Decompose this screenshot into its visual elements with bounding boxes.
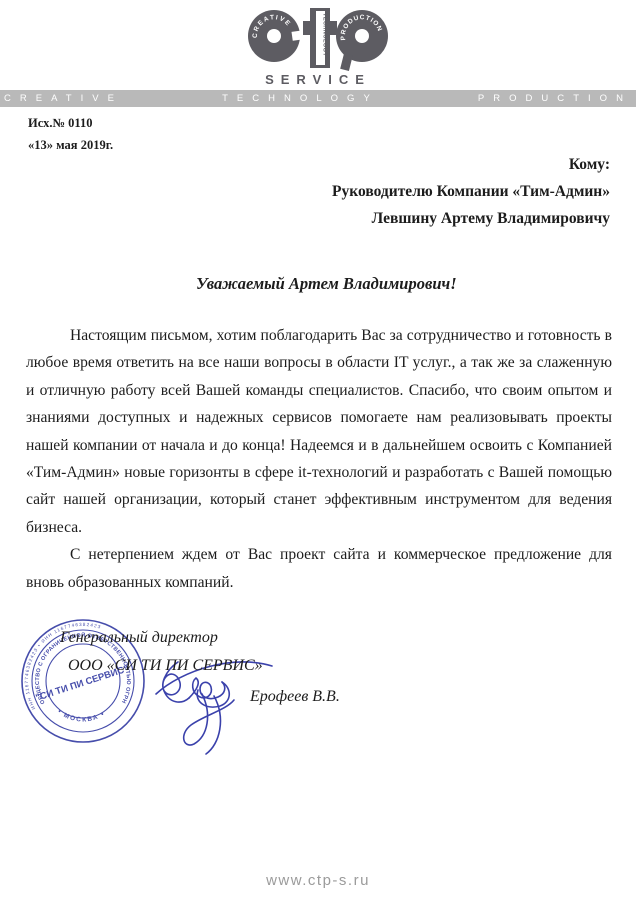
letterhead-banner: CREATIVE TECHNOLOGY PRODUCTION — [0, 90, 636, 107]
signatory-name: Ерофеев В.В. — [250, 688, 340, 706]
letter-body: Настоящим письмом, хотим поблагодарить В… — [26, 322, 612, 596]
signatory-company: ООО «СИ ТИ ПИ СЕРВИС» — [68, 657, 263, 675]
svg-text:• МОСКВА •: • МОСКВА • — [56, 708, 107, 723]
ctp-service-logo: CREATIVE TECHNOLOGY PRODUCTION SERVICE — [248, 6, 388, 88]
banner-word-creative: CREATIVE — [4, 93, 123, 104]
signatory-title: Генеральный директор — [60, 629, 218, 647]
footer-website-url: www.ctp-s.ru — [0, 872, 636, 889]
body-paragraph-1: Настоящим письмом, хотим поблагодарить В… — [26, 322, 612, 541]
stamp-city-text: • МОСКВА • — [56, 708, 107, 723]
logo-letter-p: PRODUCTION — [336, 10, 388, 71]
recipient-name: Левшину Артему Владимировичу — [332, 205, 610, 232]
recipient-to-label: Кому: — [332, 151, 610, 178]
logo-letter-t: TECHNOLOGY — [303, 8, 337, 68]
recipient-position: Руководителю Компании «Тим-Админ» — [332, 178, 610, 205]
logo-service-text: SERVICE — [265, 72, 371, 87]
banner-word-technology: TECHNOLOGY — [222, 93, 379, 104]
logo-word-technology: TECHNOLOGY — [322, 13, 328, 56]
logo-letter-c: CREATIVE — [248, 10, 305, 62]
letter-date: «13» мая 2019г. — [28, 138, 113, 153]
banner-word-production: PRODUCTION — [478, 93, 632, 104]
letter-page: CREATIVE TECHNOLOGY PRODUCTION SERVICE C… — [0, 0, 636, 900]
salutation: Уважаемый Артем Владимирович! — [196, 274, 457, 294]
body-paragraph-2: С нетерпением ждем от Вас проект сайта и… — [26, 541, 612, 596]
recipient-block: Кому: Руководителю Компании «Тим-Админ» … — [332, 151, 610, 232]
outgoing-ref-number: Исх.№ 0110 — [28, 116, 92, 131]
